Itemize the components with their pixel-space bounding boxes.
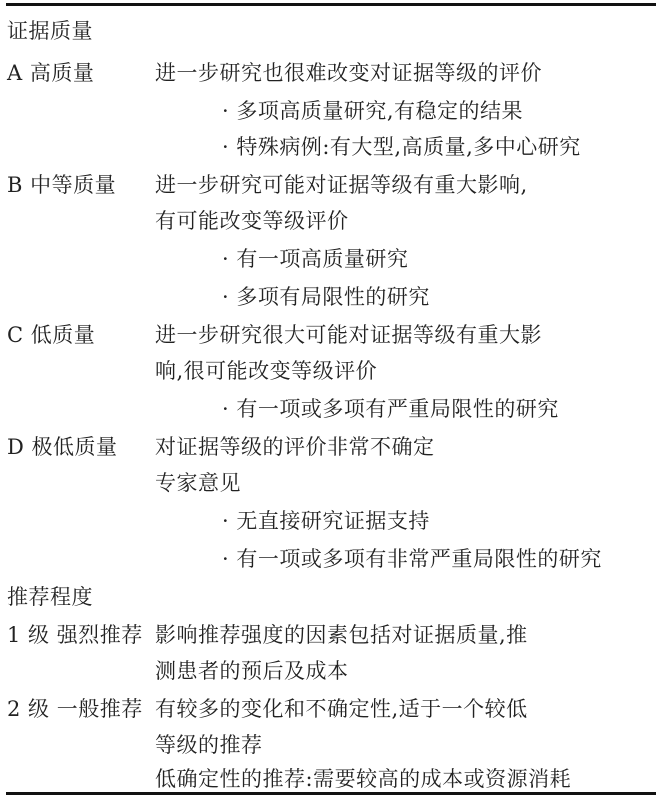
level-b-bullet: · 有一项高质量研究 <box>222 246 408 272</box>
level-d-desc: 专家意见 <box>155 470 241 496</box>
rec-1-desc: 影响推荐强度的因素包括对证据质量,推 <box>155 622 528 648</box>
level-d-bullet: · 无直接研究证据支持 <box>222 508 430 534</box>
level-d-desc: 对证据等级的评价非常不确定 <box>155 434 435 460</box>
section-heading-evidence-quality: 证据质量 <box>7 18 93 44</box>
level-c-bullet: · 有一项或多项有严重局限性的研究 <box>222 396 559 422</box>
level-b-bullet: · 多项有局限性的研究 <box>222 284 430 310</box>
rec-2-label: 2 级 一般推荐 <box>7 696 143 722</box>
rec-2-desc: 等级的推荐 <box>155 732 263 758</box>
level-b-desc: 进一步研究可能对证据等级有重大影响, <box>155 172 528 198</box>
level-b-desc: 有可能改变等级评价 <box>155 208 349 234</box>
top-rule <box>6 3 656 6</box>
level-c-label: C 低质量 <box>7 322 95 348</box>
rec-2-desc: 低确定性的推荐:需要较高的成本或资源消耗 <box>155 766 571 792</box>
level-a-desc: 进一步研究也很难改变对证据等级的评价 <box>155 60 542 86</box>
level-d-label: D 极低质量 <box>7 434 118 460</box>
level-d-bullet: · 有一项或多项有非常严重局限性的研究 <box>222 546 602 572</box>
rec-1-desc: 测患者的预后及成本 <box>155 658 349 684</box>
rec-2-desc: 有较多的变化和不确定性,适于一个较低 <box>155 696 528 722</box>
level-a-bullet: · 特殊病例:有大型,高质量,多中心研究 <box>222 134 581 160</box>
section-heading-recommendation: 推荐程度 <box>7 584 93 610</box>
level-c-desc: 响,很可能改变等级评价 <box>155 358 377 384</box>
level-a-label: A 高质量 <box>7 60 94 86</box>
bottom-rule <box>6 792 656 795</box>
level-c-desc: 进一步研究很大可能对证据等级有重大影 <box>155 322 542 348</box>
level-a-bullet: · 多项高质量研究,有稳定的结果 <box>222 98 523 124</box>
level-b-label: B 中等质量 <box>7 172 116 198</box>
rec-1-label: 1 级 强烈推荐 <box>7 622 143 648</box>
